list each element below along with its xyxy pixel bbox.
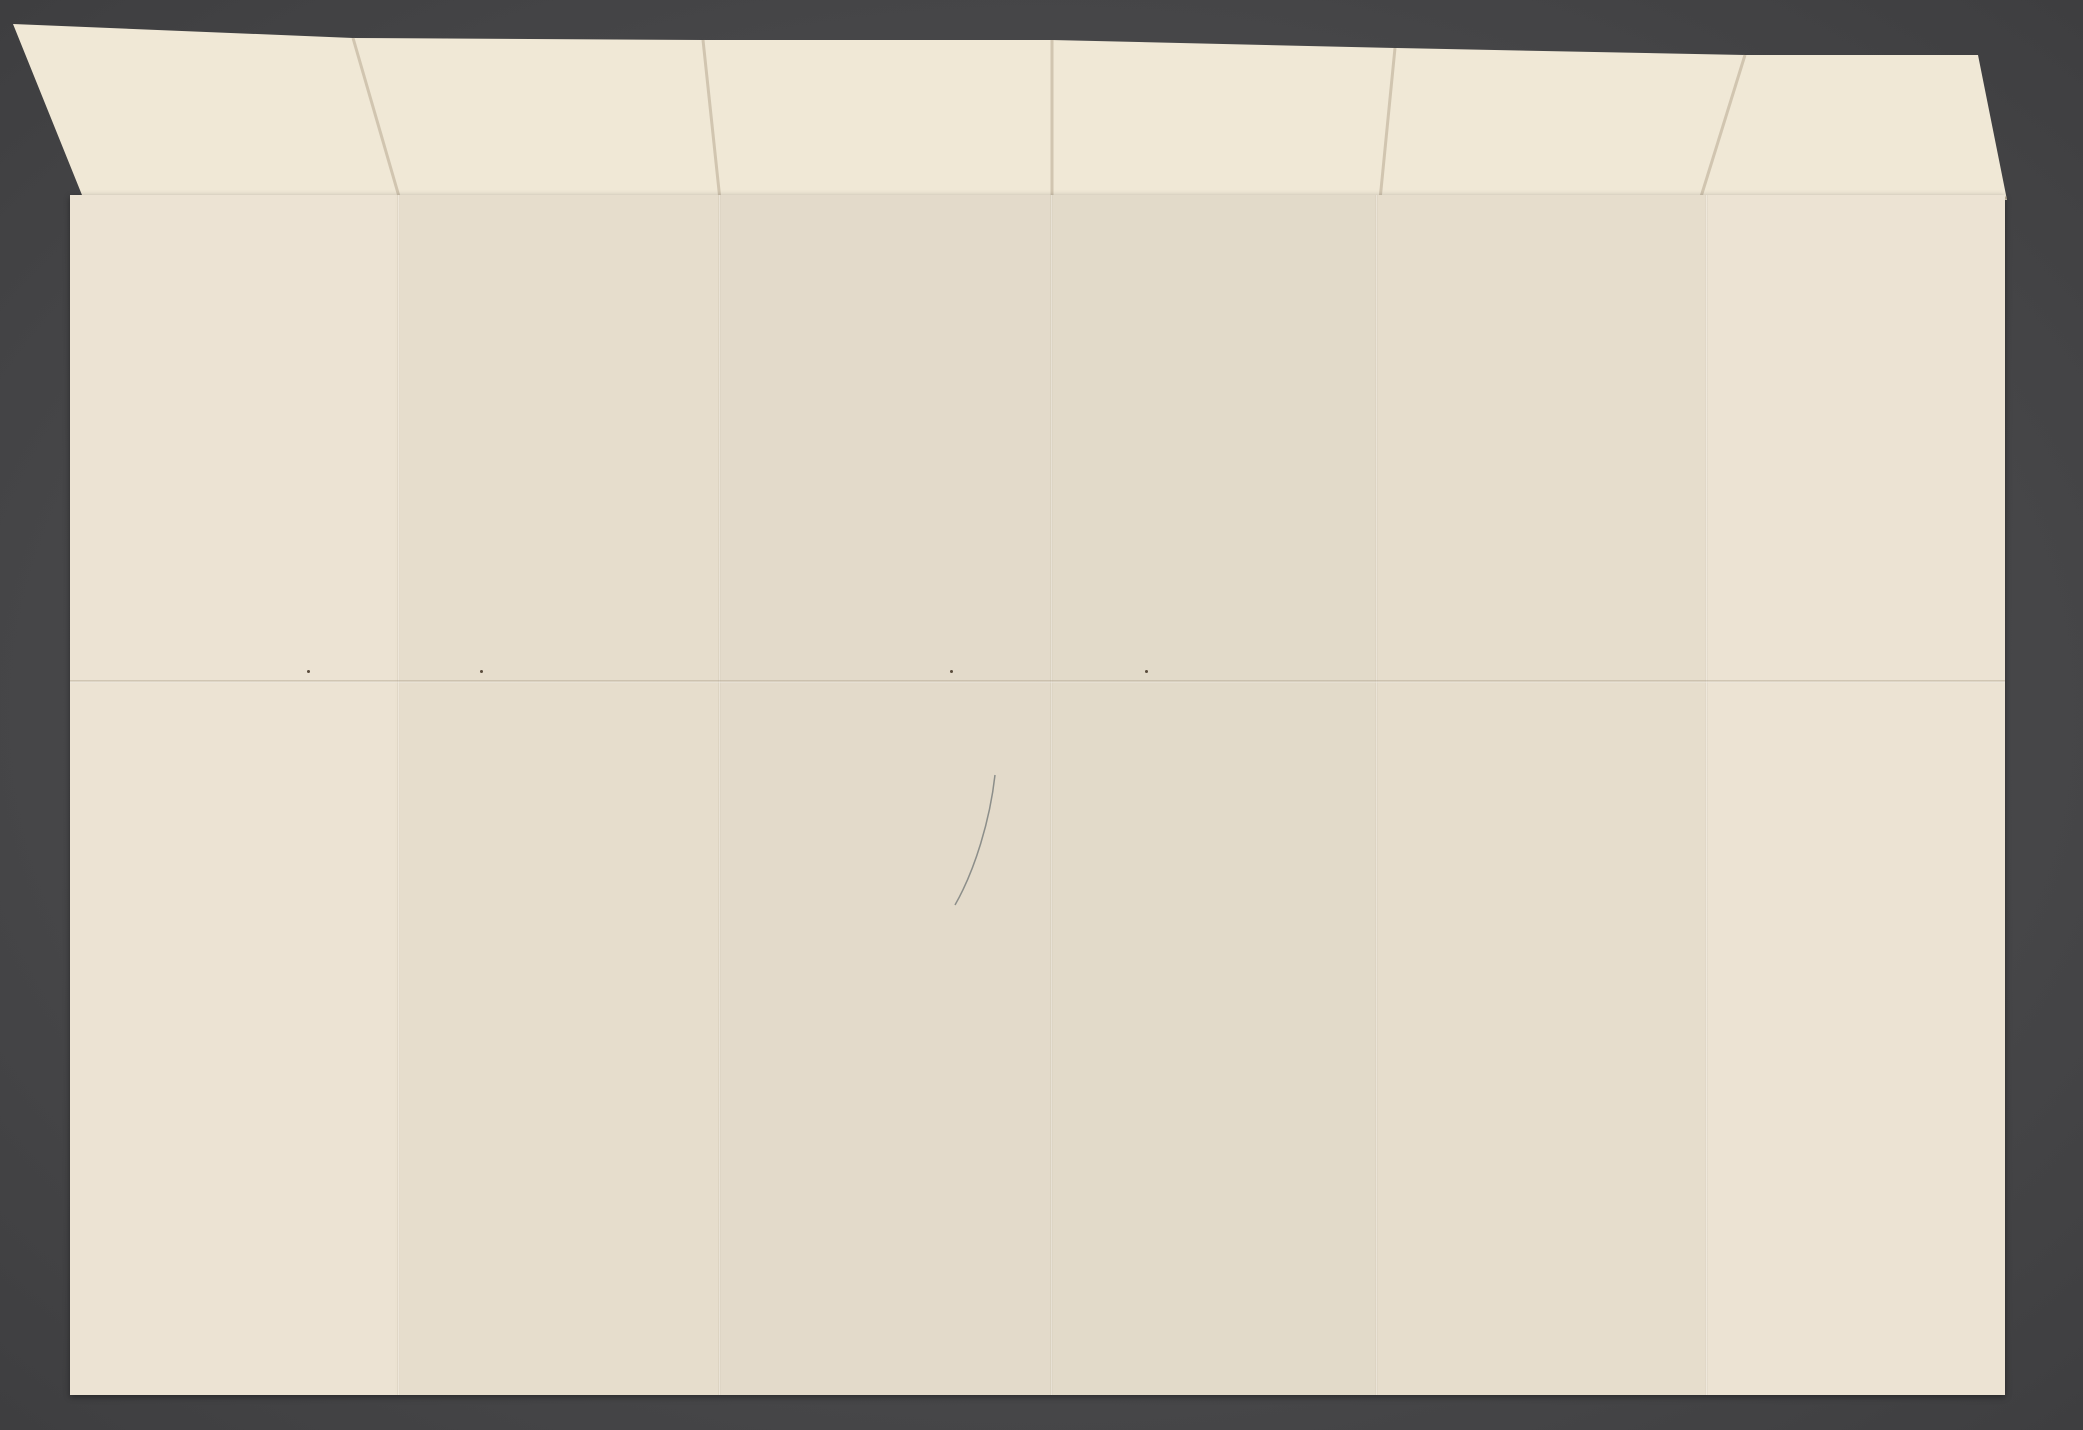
pin-hole — [307, 670, 310, 673]
panel-4 — [1050, 195, 1375, 1395]
panel-5 — [1375, 195, 1705, 1395]
fold-crease — [1375, 195, 1378, 1395]
pin-hole — [480, 670, 483, 673]
fold-crease — [718, 195, 721, 1395]
paper-sheet — [70, 195, 2005, 1395]
panel-6 — [1705, 195, 2005, 1395]
ink-stroke — [950, 770, 1010, 910]
pin-hole — [950, 670, 953, 673]
panel-2 — [400, 195, 720, 1395]
fold-crease — [1050, 195, 1053, 1395]
fold-crease — [1705, 195, 1708, 1395]
panel-1 — [70, 195, 395, 1395]
fold-crease — [397, 195, 400, 1395]
fold-crease-horizontal — [70, 680, 2005, 683]
pin-hole — [1145, 670, 1148, 673]
top-fold-flap — [0, 0, 2083, 200]
